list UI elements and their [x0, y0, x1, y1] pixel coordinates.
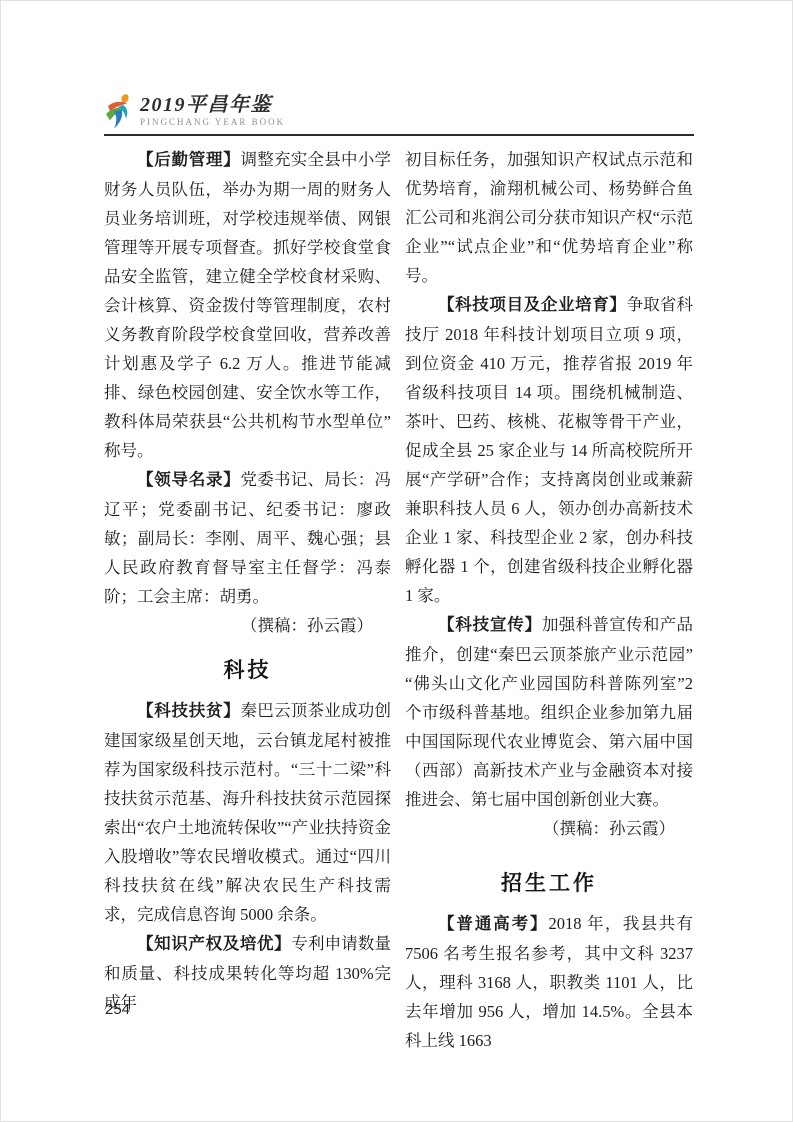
entry-lingdao-minglu: 【领导名录】党委书记、局长：冯辽平；党委副书记、纪委书记：廖政敏；副局长：李刚、… — [104, 465, 391, 611]
entry-title-xuanchuan: 【科技宣传】 — [438, 616, 542, 634]
entry-text-xiangmu: 争取省科技厅 2018 年科技计划项目立项 9 项，到位资金 410 万元，推荐… — [405, 295, 693, 605]
byline-education-section: （撰稿：孙云霞） — [104, 611, 391, 640]
byline-keji-section: （撰稿：孙云霞） — [405, 814, 693, 843]
entry-text-fupin: 秦巴云顶茶业成功创建国家级星创天地，云台镇龙尾村被推荐为国家级科技示范村。“三十… — [104, 701, 391, 924]
entry-putong-gaokao: 【普通高考】2018 年，我县共有 7506 名考生报名参考，其中文科 3237… — [405, 909, 693, 1055]
entry-text-houqin: 调整充实全县中小学财务人员队伍，举办为期一周的财务人员业务培训班，对学校违规举债… — [104, 150, 391, 460]
entry-text-xuanchuan: 加强科普宣传和产品推介，创建“秦巴云顶茶旅产业示范园”“佛头山文化产业园国防科普… — [405, 615, 693, 809]
page-number: 254 — [105, 1001, 130, 1018]
section-heading-keji: 科技 — [104, 654, 391, 688]
section-heading-zhaosheng: 招生工作 — [405, 867, 693, 901]
yearbook-subtitle: PINGCHANG YEAR BOOK — [140, 118, 285, 127]
right-column: 初目标任务，加强知识产权试点示范和优势培育，渝翔机械公司、杨势鲜合鱼汇公司和兆润… — [405, 145, 693, 1055]
entry-keji-xiangmu: 【科技项目及企业培育】争取省科技厅 2018 年科技计划项目立项 9 项，到位资… — [405, 290, 693, 610]
entry-title-houqin: 【后勤管理】 — [137, 151, 241, 169]
entry-title-zhishi: 【知识产权及培优】 — [137, 935, 291, 953]
yearbook-logo: 2019平昌年鉴 PINGCHANG YEAR BOOK — [104, 93, 285, 129]
page-header: 2019平昌年鉴 PINGCHANG YEAR BOOK — [104, 93, 694, 136]
entry-title-fupin: 【科技扶贫】 — [137, 702, 241, 720]
left-column: 【后勤管理】调整充实全县中小学财务人员队伍，举办为期一周的财务人员业务培训班，对… — [104, 145, 391, 1017]
entry-zhishi-continuation: 初目标任务，加强知识产权试点示范和优势培育，渝翔机械公司、杨势鲜合鱼汇公司和兆润… — [405, 145, 693, 290]
entry-title-xiangmu: 【科技项目及企业培育】 — [438, 296, 627, 314]
entry-zhishi-chanquan: 【知识产权及培优】专利申请数量和质量、科技成果转化等均超 130%完成年 — [104, 929, 391, 1017]
yearbook-title: 2019平昌年鉴 — [140, 95, 285, 115]
entry-houqin-guanli: 【后勤管理】调整充实全县中小学财务人员队伍，举办为期一周的财务人员业务培训班，对… — [104, 145, 391, 465]
entry-title-gaokao: 【普通高考】 — [438, 915, 548, 933]
yearbook-page: 2019平昌年鉴 PINGCHANG YEAR BOOK 【后勤管理】调整充实全… — [0, 0, 793, 1122]
entry-title-lingdao: 【领导名录】 — [137, 471, 241, 489]
entry-text-lingdao: 党委书记、局长：冯辽平；党委副书记、纪委书记：廖政敏；副局长：李刚、周平、魏心强… — [104, 470, 391, 606]
entry-keji-fupin: 【科技扶贫】秦巴云顶茶业成功创建国家级星创天地，云台镇龙尾村被推荐为国家级科技示… — [104, 696, 391, 929]
dancing-figure-logo-icon — [104, 93, 134, 129]
entry-keji-xuanchuan: 【科技宣传】加强科普宣传和产品推介，创建“秦巴云顶茶旅产业示范园”“佛头山文化产… — [405, 610, 693, 814]
entry-text-gaokao: 2018 年，我县共有 7506 名考生报名参考，其中文科 3237 人，理科 … — [405, 914, 693, 1050]
logo-text-block: 2019平昌年鉴 PINGCHANG YEAR BOOK — [140, 95, 285, 127]
